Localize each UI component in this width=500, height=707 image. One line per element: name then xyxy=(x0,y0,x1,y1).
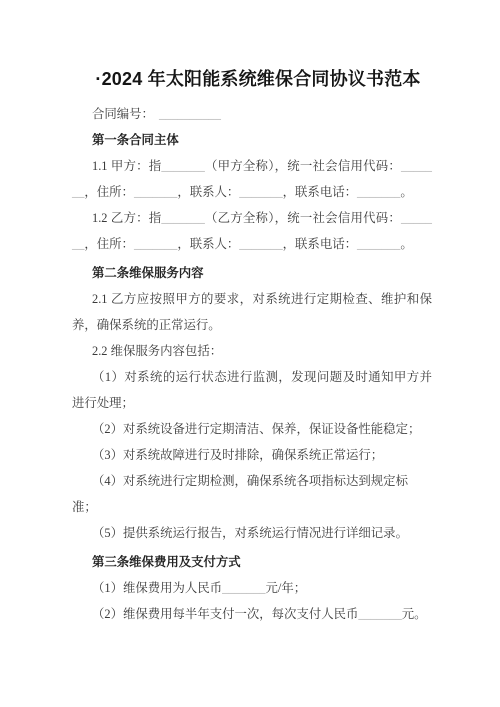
service-item-3: （3）对系统故障进行及时排除，确保系统正常运行； xyxy=(72,442,432,468)
text-segment: （乙方全称），统一社会信用代码： xyxy=(205,211,401,225)
text-segment: （1）维保费用为人民币 xyxy=(92,581,222,595)
text-segment: （甲方全称），统一社会信用代码： xyxy=(205,159,401,173)
contract-document-page: ·2024 年太阳能系统维保合同协议书范本 合同编号：__________ 第一… xyxy=(0,0,500,707)
document-title: ·2024 年太阳能系统维保合同协议书范本 xyxy=(72,64,432,94)
service-item-2: （2）对系统设备进行定期清洁、保养，保证设备性能稳定； xyxy=(72,416,432,442)
text-segment: ，住所： xyxy=(84,185,134,199)
party-a-phone-blank-field: _______ xyxy=(357,185,400,199)
fee-item-1: （1）维保费用为人民币_______元/年； xyxy=(72,575,432,601)
fee-item-2: （2）维保费用每半年支付一次，每次支付人民币_______元。 xyxy=(72,601,432,627)
contract-number-blank-field: __________ xyxy=(159,107,221,121)
service-item-5: （5）提供系统运行报告，对系统运行情况进行详细记录。 xyxy=(72,520,432,546)
party-b-contact-blank-field: _______ xyxy=(239,237,282,251)
text-segment: ，住所： xyxy=(84,237,134,251)
annual-fee-blank-field: _______ xyxy=(222,581,265,595)
party-a-contact-blank-field: _______ xyxy=(239,185,282,199)
text-segment: 。 xyxy=(400,185,412,199)
article-1-heading: 第一条合同主体 xyxy=(72,127,432,153)
installment-fee-blank-field: _______ xyxy=(358,607,401,621)
text-segment: ，联系人： xyxy=(177,237,239,251)
text-segment: ，联系电话： xyxy=(283,237,357,251)
party-a-name-blank-field: _______ xyxy=(161,159,204,173)
contract-number-label: 合同编号： xyxy=(92,107,154,121)
clause-2-1: 2.1 乙方应按照甲方的要求，对系统进行定期检查、维护和保养，确保系统的正常运行… xyxy=(72,286,432,338)
clause-2-2: 2.2 维保服务内容包括： xyxy=(72,338,432,364)
service-item-4: （4）对系统进行定期检测，确保系统各项指标达到规定标准； xyxy=(72,468,432,520)
text-segment: 1.2 乙方：指 xyxy=(92,211,161,225)
party-a-address-blank-field: _______ xyxy=(134,185,177,199)
article-2-heading: 第二条维保服务内容 xyxy=(72,260,432,286)
text-segment: 元/年； xyxy=(265,581,306,595)
party-b-phone-blank-field: _______ xyxy=(357,237,400,251)
clause-1-2: 1.2 乙方：指_______（乙方全称），统一社会信用代码：_______，住… xyxy=(72,205,432,257)
text-segment: ，联系电话： xyxy=(283,185,357,199)
text-segment: ，联系人： xyxy=(177,185,239,199)
clause-1-1: 1.1 甲方：指_______（甲方全称），统一社会信用代码：_______，住… xyxy=(72,153,432,205)
article-3-heading: 第三条维保费用及支付方式 xyxy=(72,549,432,575)
party-b-address-blank-field: _______ xyxy=(134,237,177,251)
text-segment: 1.1 甲方：指 xyxy=(92,159,161,173)
text-segment: 。 xyxy=(400,237,412,251)
contract-number-line: 合同编号：__________ xyxy=(72,101,432,127)
party-b-name-blank-field: _______ xyxy=(161,211,204,225)
service-item-1: （1）对系统的运行状态进行监测，发现问题及时通知甲方并进行处理； xyxy=(72,364,432,416)
text-segment: （2）维保费用每半年支付一次，每次支付人民币 xyxy=(92,607,358,621)
text-segment: 元。 xyxy=(402,607,427,621)
